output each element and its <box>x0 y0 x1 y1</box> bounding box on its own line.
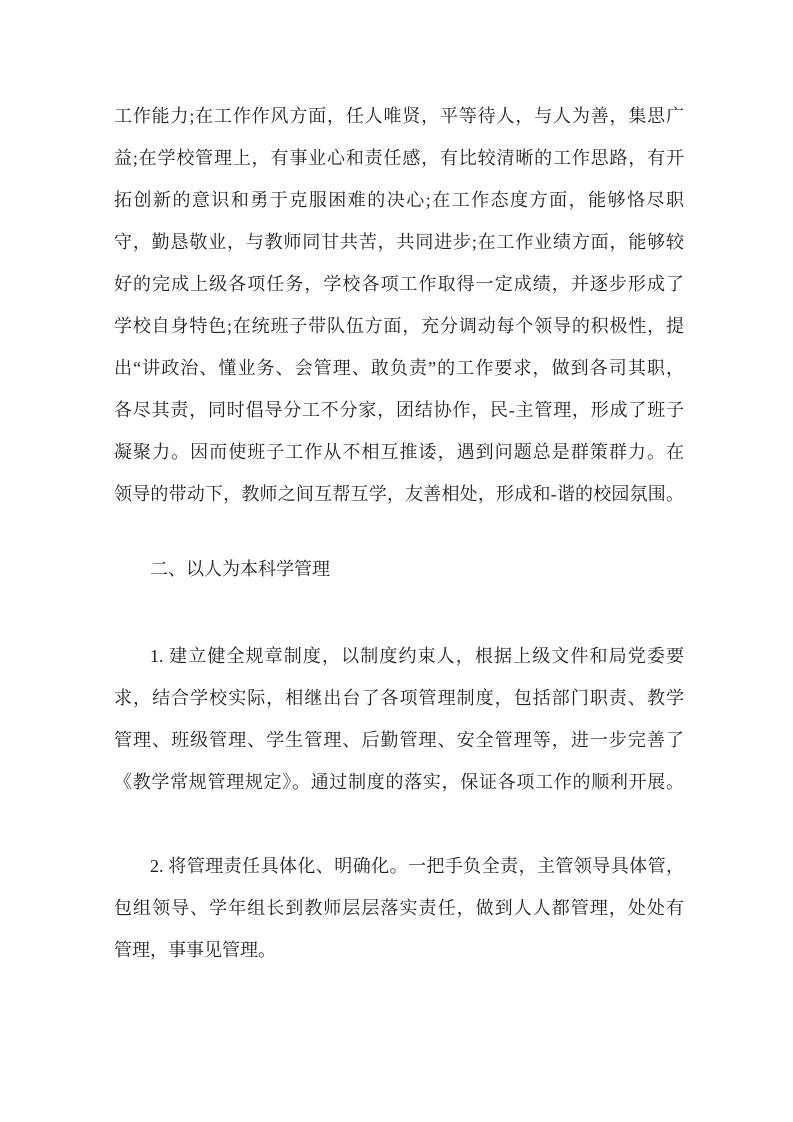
paragraph-line: 管理、班级管理、学生管理、后勤管理、安全管理等，进一步完善了 <box>114 719 684 761</box>
paragraph-line: 各尽其责，同时倡导分工不分家，团结协作，民-主管理，形成了班子 <box>114 389 684 431</box>
section-heading: 二、以人为本科学管理 <box>114 548 684 590</box>
paragraph-line: 包组领导、学年组长到教师层层落实责任，做到人人都管理，处处有 <box>114 887 684 929</box>
paragraph-line: 学校自身特色;在统班子带队伍方面，充分调动每个领导的积极性，提 <box>114 305 684 347</box>
document-page: 工作能力;在工作作风方面，任人唯贤，平等待人，与人为善，集思广 益;在学校管理上… <box>114 0 684 971</box>
section-heading-text: 二、以人为本科学管理 <box>114 548 684 590</box>
paragraph-line: 管理，事事见管理。 <box>114 929 684 971</box>
paragraph-line: 守，勤恳敬业，与教师同甘共苦，共同进步;在工作业绩方面，能够较 <box>114 221 684 263</box>
body-paragraph-1: 工作能力;在工作作风方面，任人唯贤，平等待人，与人为善，集思广 益;在学校管理上… <box>114 95 684 515</box>
paragraph-line: 拓创新的意识和勇于克服困难的决心;在工作态度方面，能够恪尽职 <box>114 179 684 221</box>
body-paragraph-3: 2. 将管理责任具体化、明确化。一把手负全责，主管领导具体管， 包组领导、学年组… <box>114 845 684 971</box>
paragraph-line: 《教学常规管理规定》。通过制度的落实，保证各项工作的顺利开展。 <box>114 761 684 803</box>
paragraph-line: 凝聚力。因而使班子工作从不相互推诿，遇到问题总是群策群力。在 <box>114 431 684 473</box>
paragraph-line: 求，结合学校实际，相继出台了各项管理制度，包括部门职责、教学 <box>114 677 684 719</box>
paragraph-line: 益;在学校管理上，有事业心和责任感，有比较清晰的工作思路，有开 <box>114 137 684 179</box>
paragraph-line: 1. 建立健全规章制度，以制度约束人，根据上级文件和局党委要 <box>114 635 684 677</box>
paragraph-line: 好的完成上级各项任务，学校各项工作取得一定成绩，并逐步形成了 <box>114 263 684 305</box>
paragraph-line: 出“讲政治、懂业务、会管理、敢负责”的工作要求，做到各司其职， <box>114 347 684 389</box>
body-paragraph-2: 1. 建立健全规章制度，以制度约束人，根据上级文件和局党委要 求，结合学校实际，… <box>114 635 684 803</box>
paragraph-line: 领导的带动下，教师之间互帮互学，友善相处，形成和-谐的校园氛围。 <box>114 473 684 515</box>
paragraph-line: 2. 将管理责任具体化、明确化。一把手负全责，主管领导具体管， <box>114 845 684 887</box>
paragraph-line: 工作能力;在工作作风方面，任人唯贤，平等待人，与人为善，集思广 <box>114 95 684 137</box>
